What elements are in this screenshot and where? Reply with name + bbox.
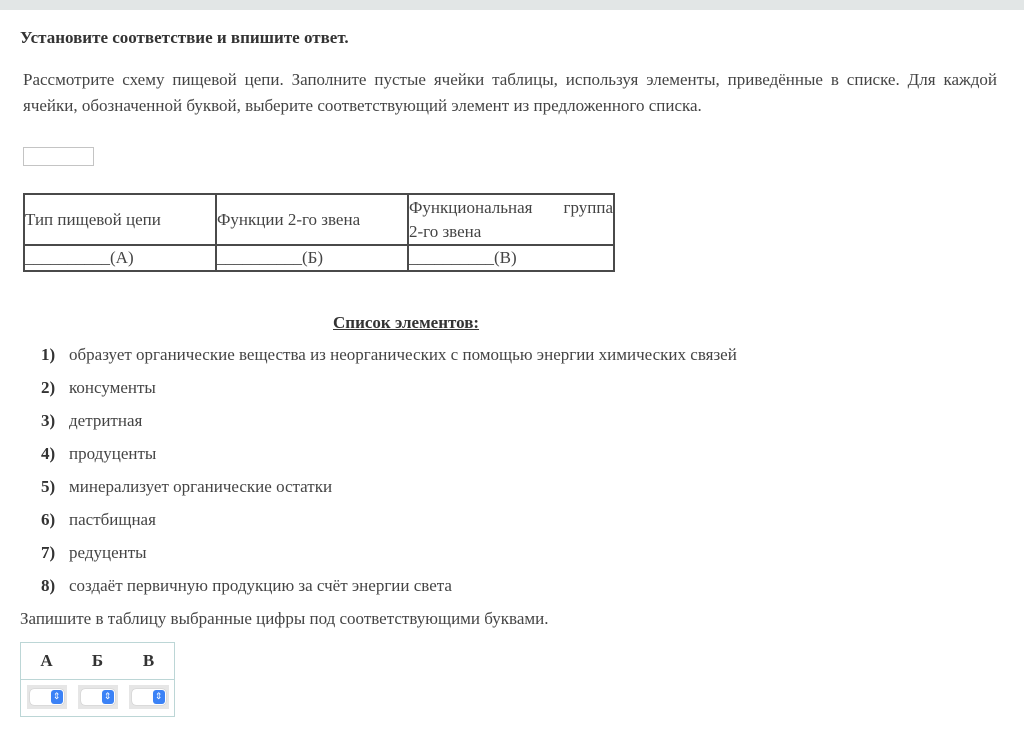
item-number: 1) — [41, 345, 69, 365]
item-text: продуценты — [69, 444, 156, 464]
item-text: редуценты — [69, 543, 147, 563]
list-item: 4)продуценты — [41, 444, 737, 477]
header-second-link-function: Функции 2-го звена — [216, 194, 408, 245]
item-text: минерализует органические остатки — [69, 477, 332, 497]
task-instructions: Рассмотрите схему пищевой цепи. Заполнит… — [23, 67, 997, 119]
answer-letter-b: Б — [72, 643, 123, 679]
top-bar — [0, 0, 1024, 10]
item-number: 7) — [41, 543, 69, 563]
item-text: консументы — [69, 378, 156, 398]
select-arrows-icon: ⇕ — [51, 690, 63, 704]
header-second-link-group: Функциональная группа 2-го звена — [408, 194, 614, 245]
table-header-row: Тип пищевой цепи Функции 2-го звена Функ… — [24, 194, 614, 245]
answer-letter-a: А — [21, 643, 72, 679]
answer-header-row: А Б В — [21, 643, 174, 680]
item-number: 2) — [41, 378, 69, 398]
item-text: создаёт первичную продукцию за счёт энер… — [69, 576, 452, 596]
list-item: 3)детритная — [41, 411, 737, 444]
list-item: 8)создаёт первичную продукцию за счёт эн… — [41, 576, 737, 609]
select-arrows-icon: ⇕ — [153, 690, 165, 704]
item-text: образует органические вещества из неорга… — [69, 345, 737, 365]
task-title: Установите соответствие и впишите ответ. — [20, 28, 349, 48]
item-text: пастбищная — [69, 510, 156, 530]
list-item: 2)консументы — [41, 378, 737, 411]
cell-a: __________(А) — [24, 245, 216, 271]
elements-list-title: Список элементов: — [333, 313, 479, 333]
select-v[interactable]: ⇕ — [132, 689, 166, 705]
item-number: 5) — [41, 477, 69, 497]
header3-word2: группа — [564, 196, 614, 220]
item-number: 3) — [41, 411, 69, 431]
list-item: 6)пастбищная — [41, 510, 737, 543]
food-chain-table: Тип пищевой цепи Функции 2-го звена Функ… — [23, 193, 615, 272]
answer-table: А Б В ⇕ ⇕ ⇕ — [20, 642, 175, 717]
answer-letter-v: В — [123, 643, 174, 679]
blank-input-box[interactable] — [23, 147, 94, 166]
header-chain-type: Тип пищевой цепи — [24, 194, 216, 245]
item-number: 6) — [41, 510, 69, 530]
header3-line2: 2-го звена — [409, 222, 481, 241]
list-item: 1)образует органические вещества из неор… — [41, 345, 737, 378]
answer-instruction: Запишите в таблицу выбранные цифры под с… — [20, 609, 549, 629]
select-a[interactable]: ⇕ — [30, 689, 64, 705]
table-row: __________(А) __________(Б) __________(В… — [24, 245, 614, 271]
cell-v: __________(В) — [408, 245, 614, 271]
elements-list: 1)образует органические вещества из неор… — [41, 345, 737, 609]
answer-select-row: ⇕ ⇕ ⇕ — [21, 680, 174, 709]
item-number: 4) — [41, 444, 69, 464]
list-item: 5)минерализует органические остатки — [41, 477, 737, 510]
item-text: детритная — [69, 411, 142, 431]
cell-b: __________(Б) — [216, 245, 408, 271]
item-number: 8) — [41, 576, 69, 596]
list-item: 7)редуценты — [41, 543, 737, 576]
select-arrows-icon: ⇕ — [102, 690, 114, 704]
header3-word1: Функциональная — [409, 196, 532, 220]
select-b[interactable]: ⇕ — [81, 689, 115, 705]
